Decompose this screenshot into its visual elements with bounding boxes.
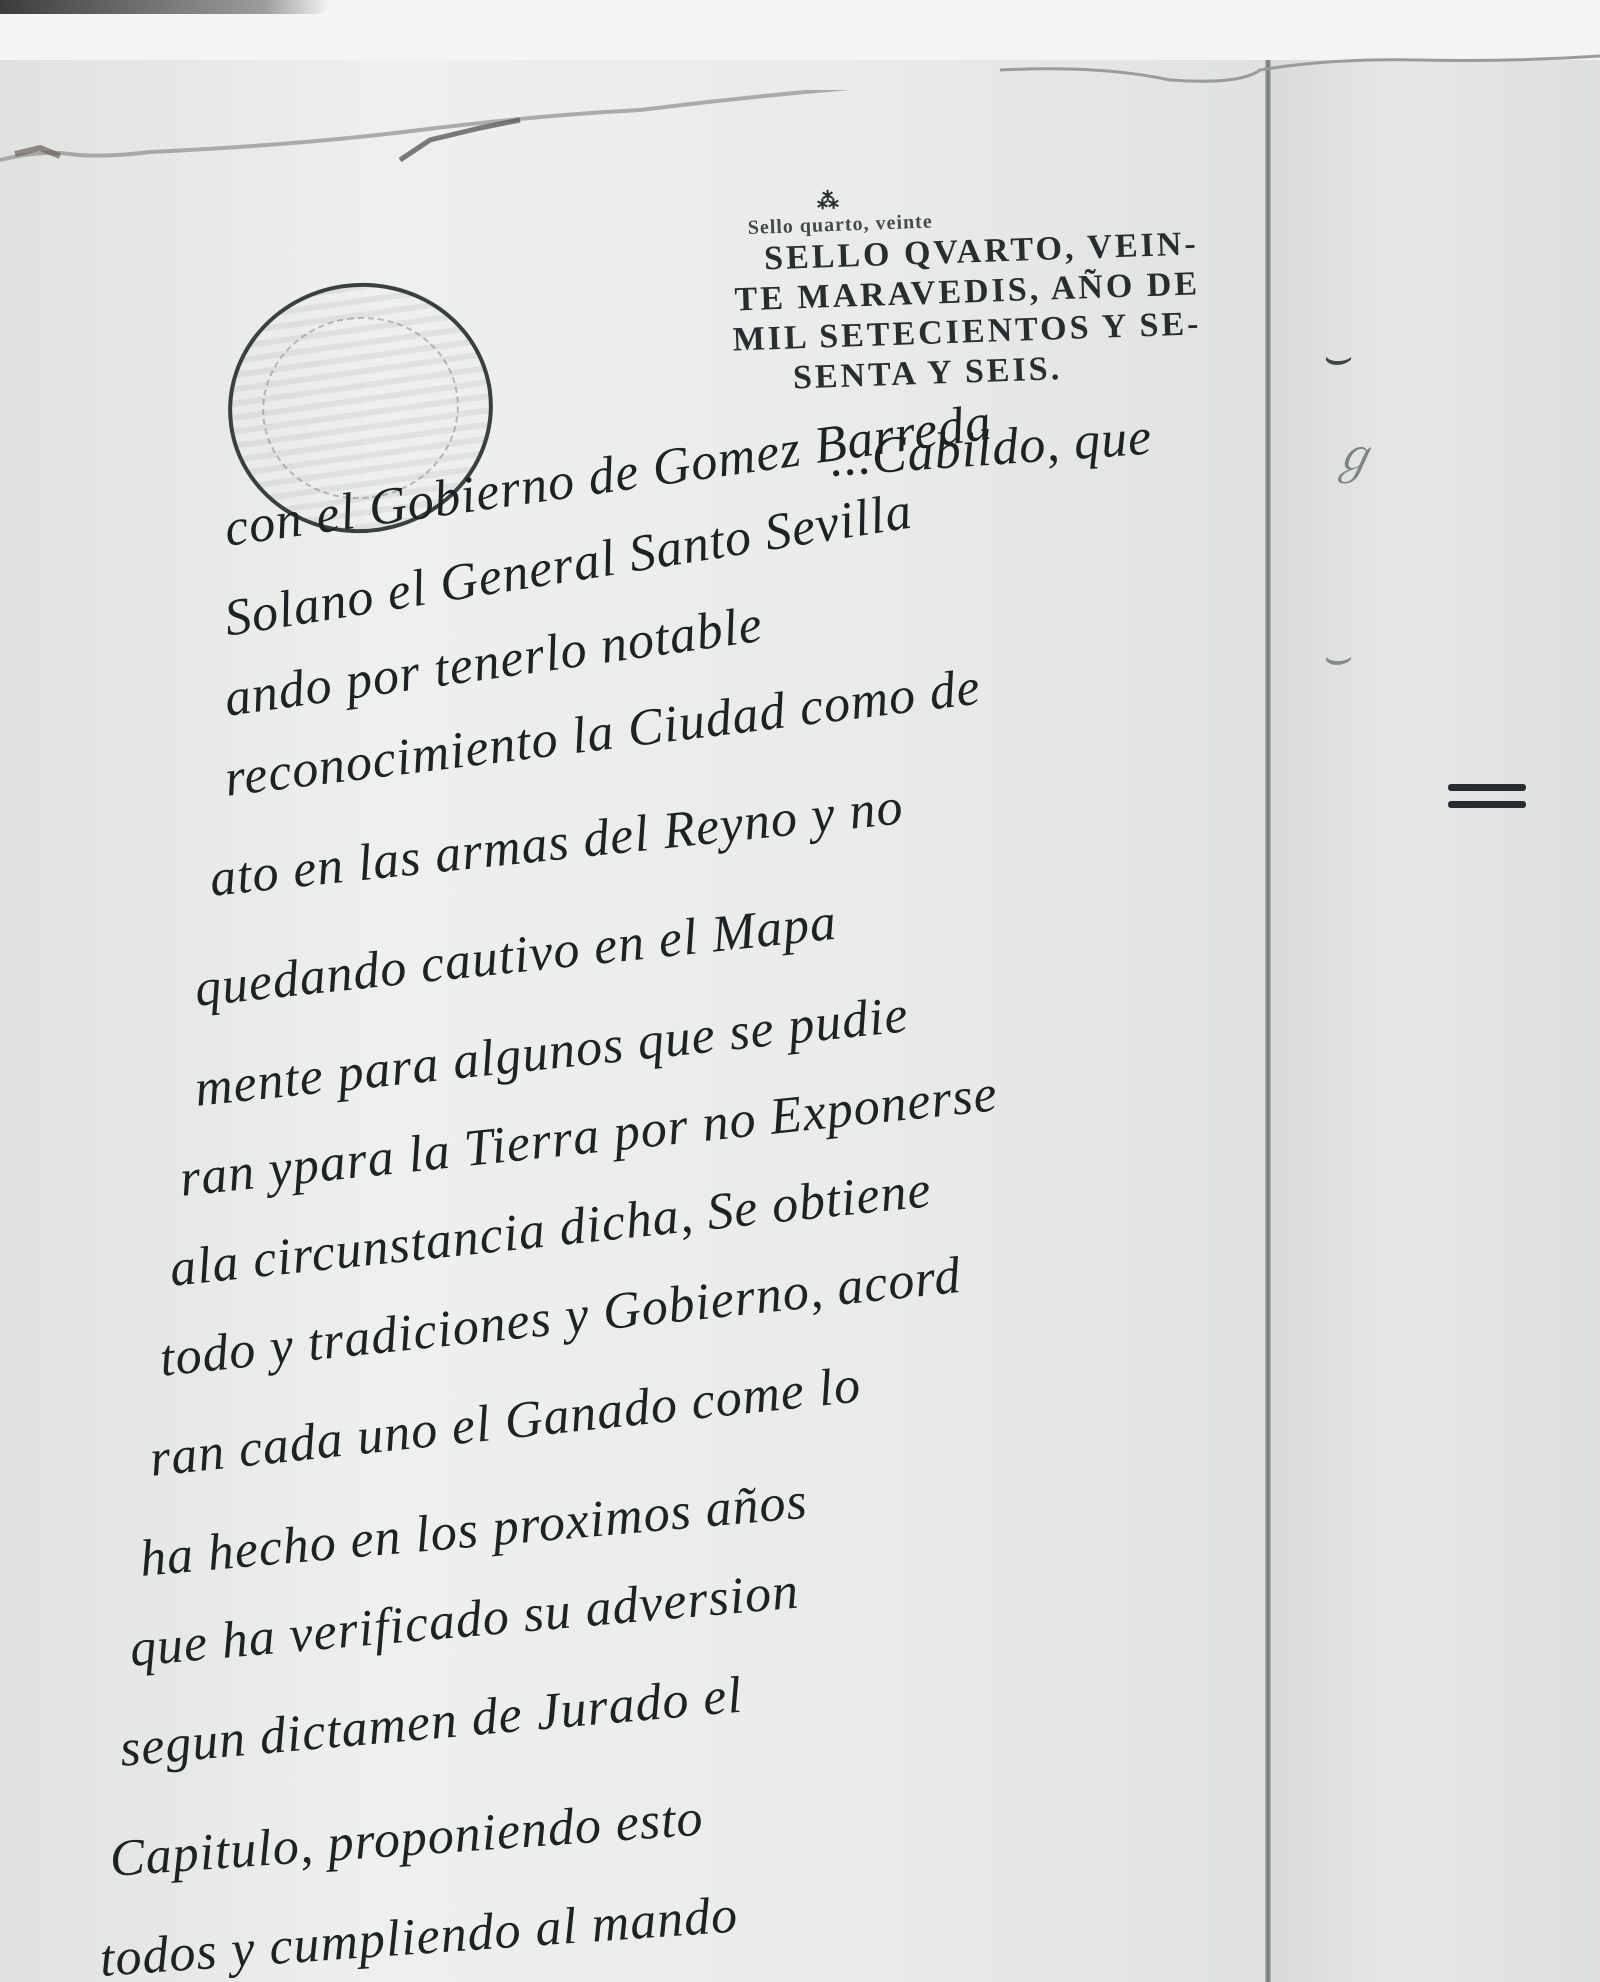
double-line-mark <box>1448 784 1526 812</box>
handwritten-body: ...Cabildo, que con el Gobierno de Gomez… <box>0 0 1270 1982</box>
right-margin-mark: ⌣ <box>1320 330 1350 385</box>
handwritten-line: Capitulo, proponiendo esto <box>108 1789 705 1889</box>
handwritten-line: todos y cumpliendo al mando <box>98 1885 740 1982</box>
right-margin-mark: ⌣ <box>1320 630 1350 685</box>
right-margin-mark: ℊ <box>1330 420 1376 486</box>
handwritten-line: segun dictamen de Jurado el <box>117 1666 745 1779</box>
handwritten-line: quedando cautivo en el Mapa <box>192 893 840 1019</box>
